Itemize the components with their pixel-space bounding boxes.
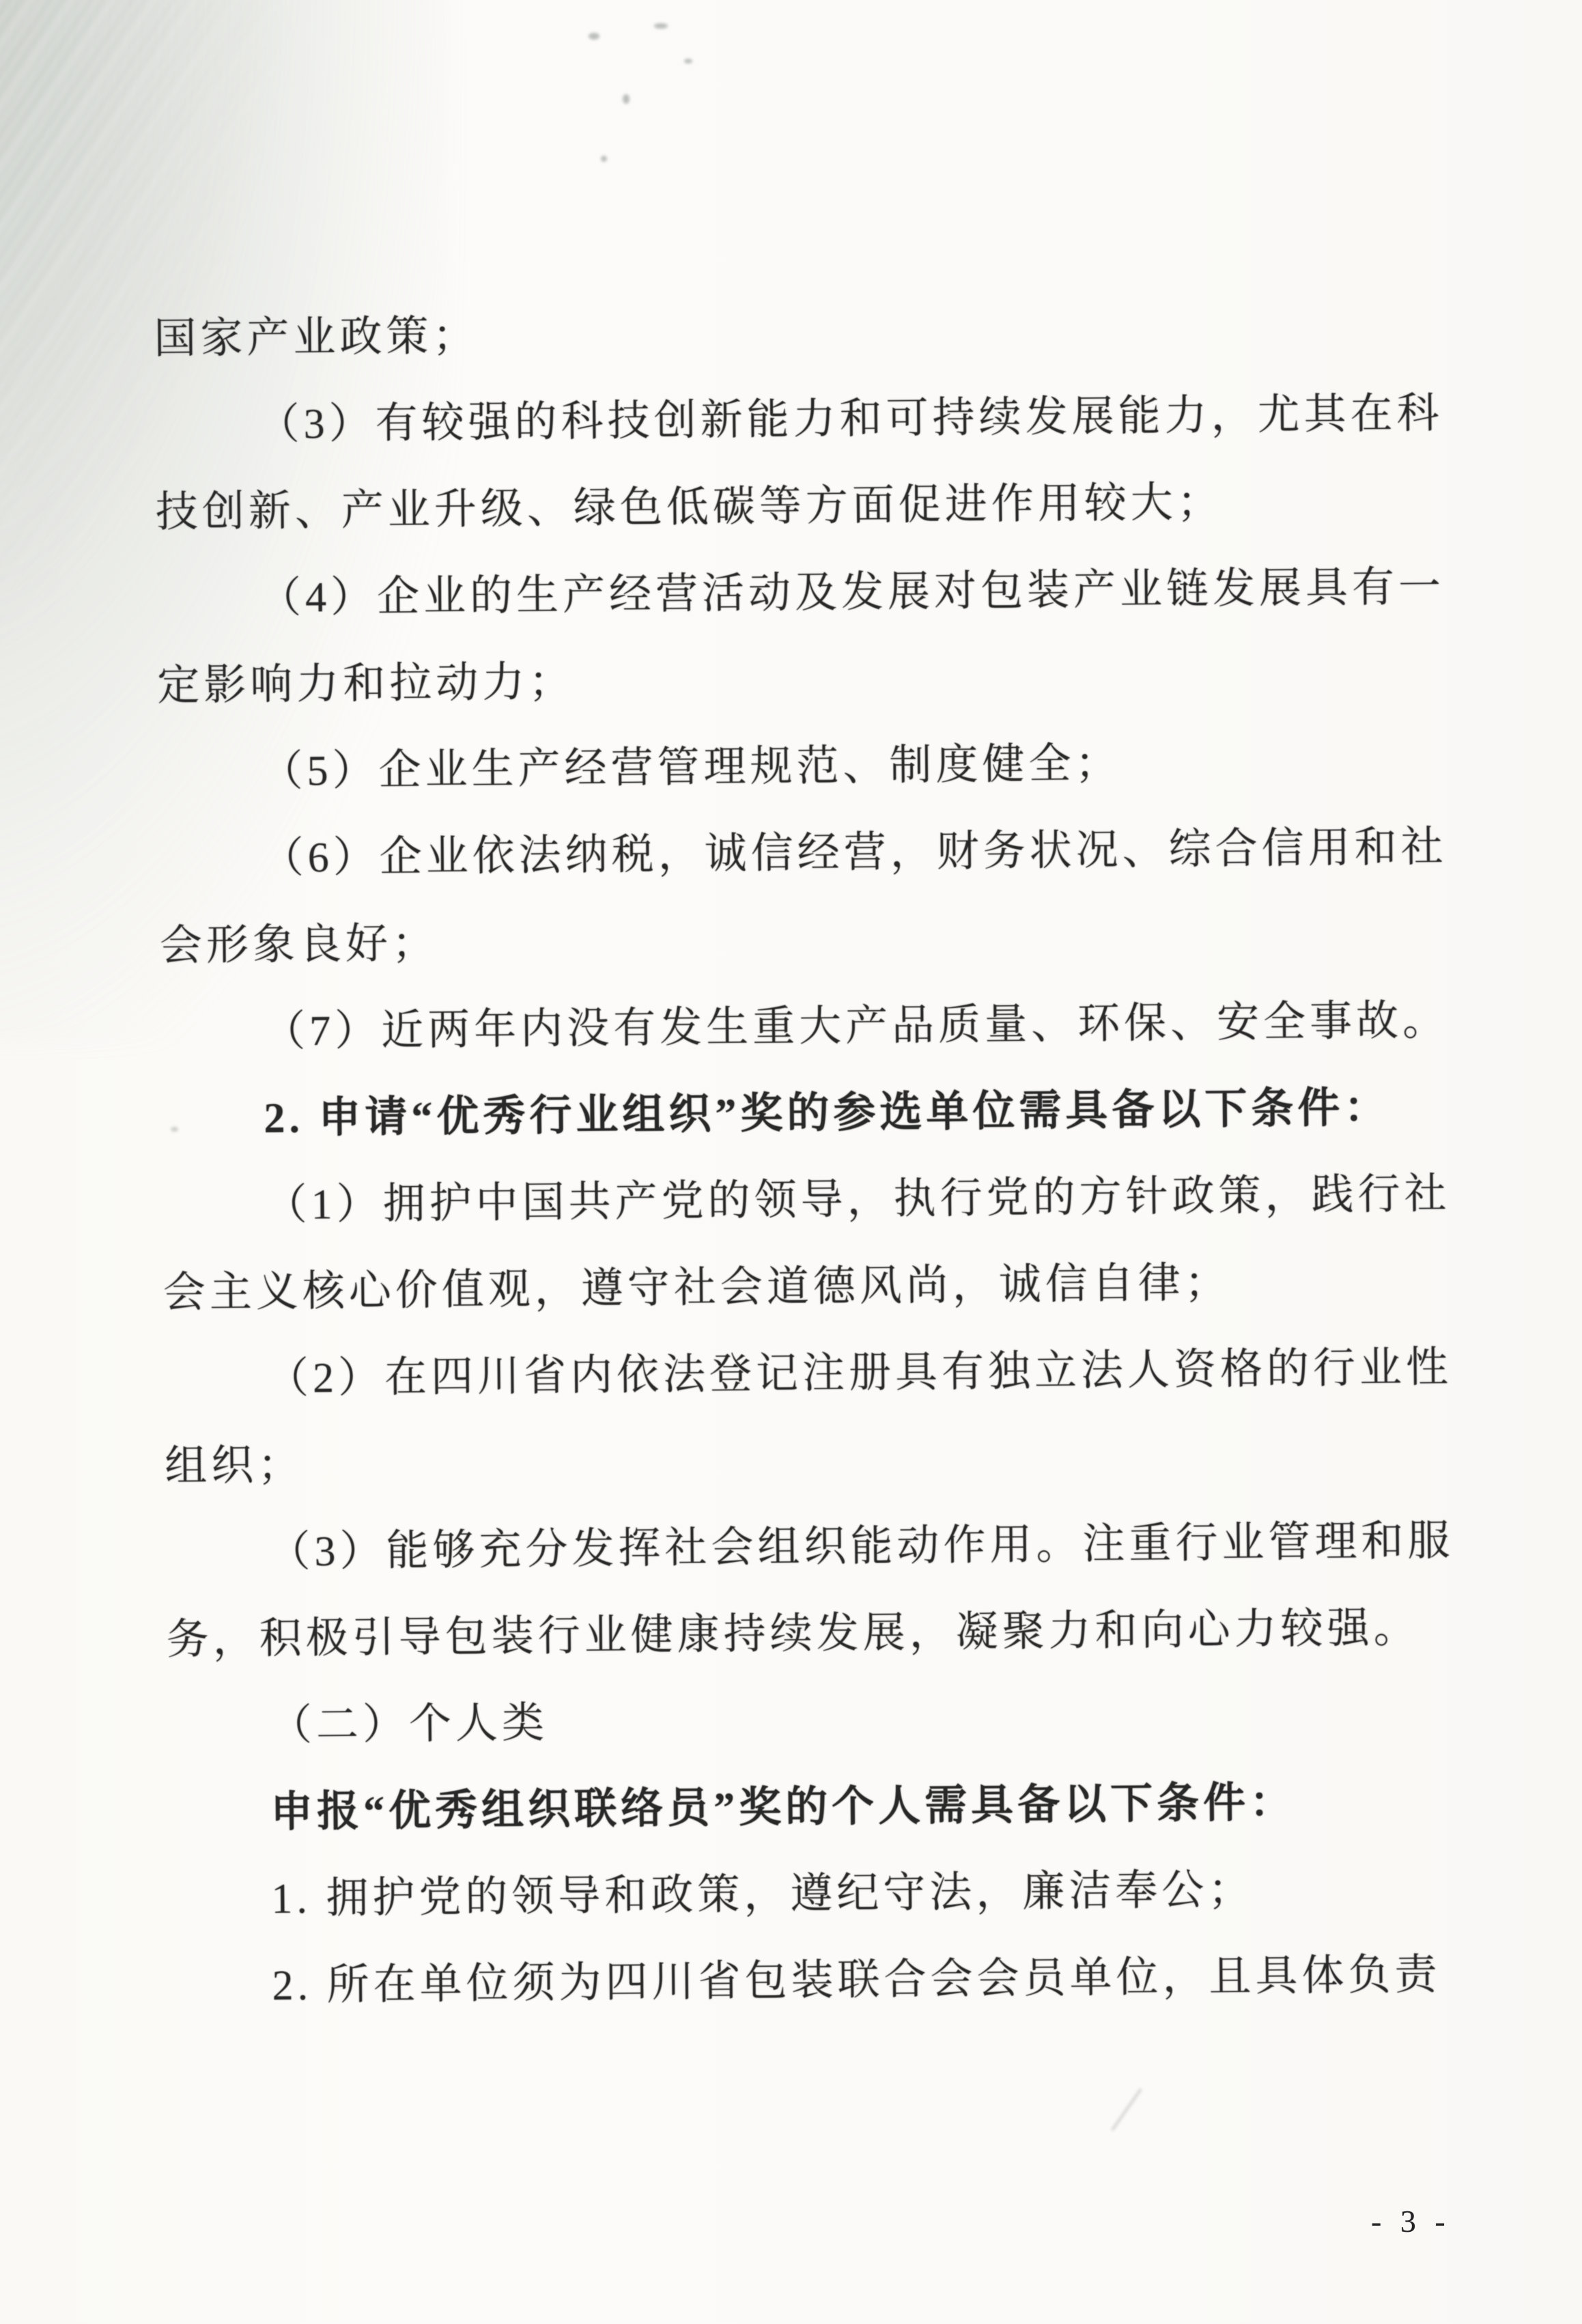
scan-speck bbox=[589, 33, 599, 40]
document-line: 技创新、产业升级、绿色低碳等方面促进作用较大； bbox=[155, 457, 1511, 557]
document-line: （6）企业依法纳税，诚信经营，财务状况、综合信用和社 bbox=[158, 803, 1514, 903]
document-line: 申报“优秀组织联络员”奖的个人需具备以下条件： bbox=[168, 1757, 1524, 1857]
document-line: 2. 申请“优秀行业组织”奖的参选单位需具备以下条件： bbox=[161, 1063, 1517, 1163]
scanned-document-page: { "page": { "paper_color": "#fbfaf8", "i… bbox=[0, 0, 1582, 2324]
document-line: 1. 拥护党的领导和政策，遵纪守法，廉洁奉公； bbox=[169, 1844, 1525, 1944]
document-line: 会形象良好； bbox=[159, 890, 1515, 990]
document-line: 务，积极引导包装行业健康持续发展，凝聚力和向心力较强。 bbox=[166, 1584, 1522, 1683]
scan-speck bbox=[623, 94, 630, 104]
document-line: （1）拥护中国共产党的领导，执行党的方针政策，践行社 bbox=[162, 1150, 1518, 1250]
scan-speck bbox=[654, 23, 668, 29]
document-line: （3）能够充分发挥社会组织能动作用。注重行业管理和服 bbox=[165, 1497, 1521, 1597]
document-line: 国家产业政策； bbox=[154, 283, 1510, 383]
document-line: （5）企业生产经营管理规范、制度健全； bbox=[158, 717, 1514, 817]
scan-speck bbox=[601, 156, 607, 162]
document-line: 会主义核心价值观，遵守社会道德风尚，诚信自律； bbox=[163, 1237, 1519, 1336]
document-line: 定影响力和拉动力； bbox=[157, 630, 1513, 730]
document-line: （2）在四川省内依法登记注册具有独立法人资格的行业性 bbox=[163, 1324, 1519, 1423]
scan-speck bbox=[684, 59, 692, 64]
document-line: （4）企业的生产经营活动及发展对包装产业链发展具有一 bbox=[156, 544, 1512, 643]
document-line: 组织； bbox=[165, 1410, 1521, 1510]
document-line: 2. 所在单位须为四川省包装联合会会员单位，且具体负责 bbox=[169, 1931, 1525, 2030]
document-line: （二）个人类 bbox=[167, 1670, 1523, 1770]
document-line: （3）有较强的科技创新能力和可持续发展能力，尤其在科 bbox=[154, 370, 1510, 470]
document-line: （7）近两年内没有发生重大产品质量、环保、安全事故。 bbox=[160, 977, 1516, 1076]
page-number: - 3 - bbox=[1371, 2203, 1451, 2239]
scan-scratch-mark bbox=[1111, 2088, 1142, 2131]
document-body: 国家产业政策；（3）有较强的科技创新能力和可持续发展能力，尤其在科技创新、产业升… bbox=[154, 283, 1525, 2031]
